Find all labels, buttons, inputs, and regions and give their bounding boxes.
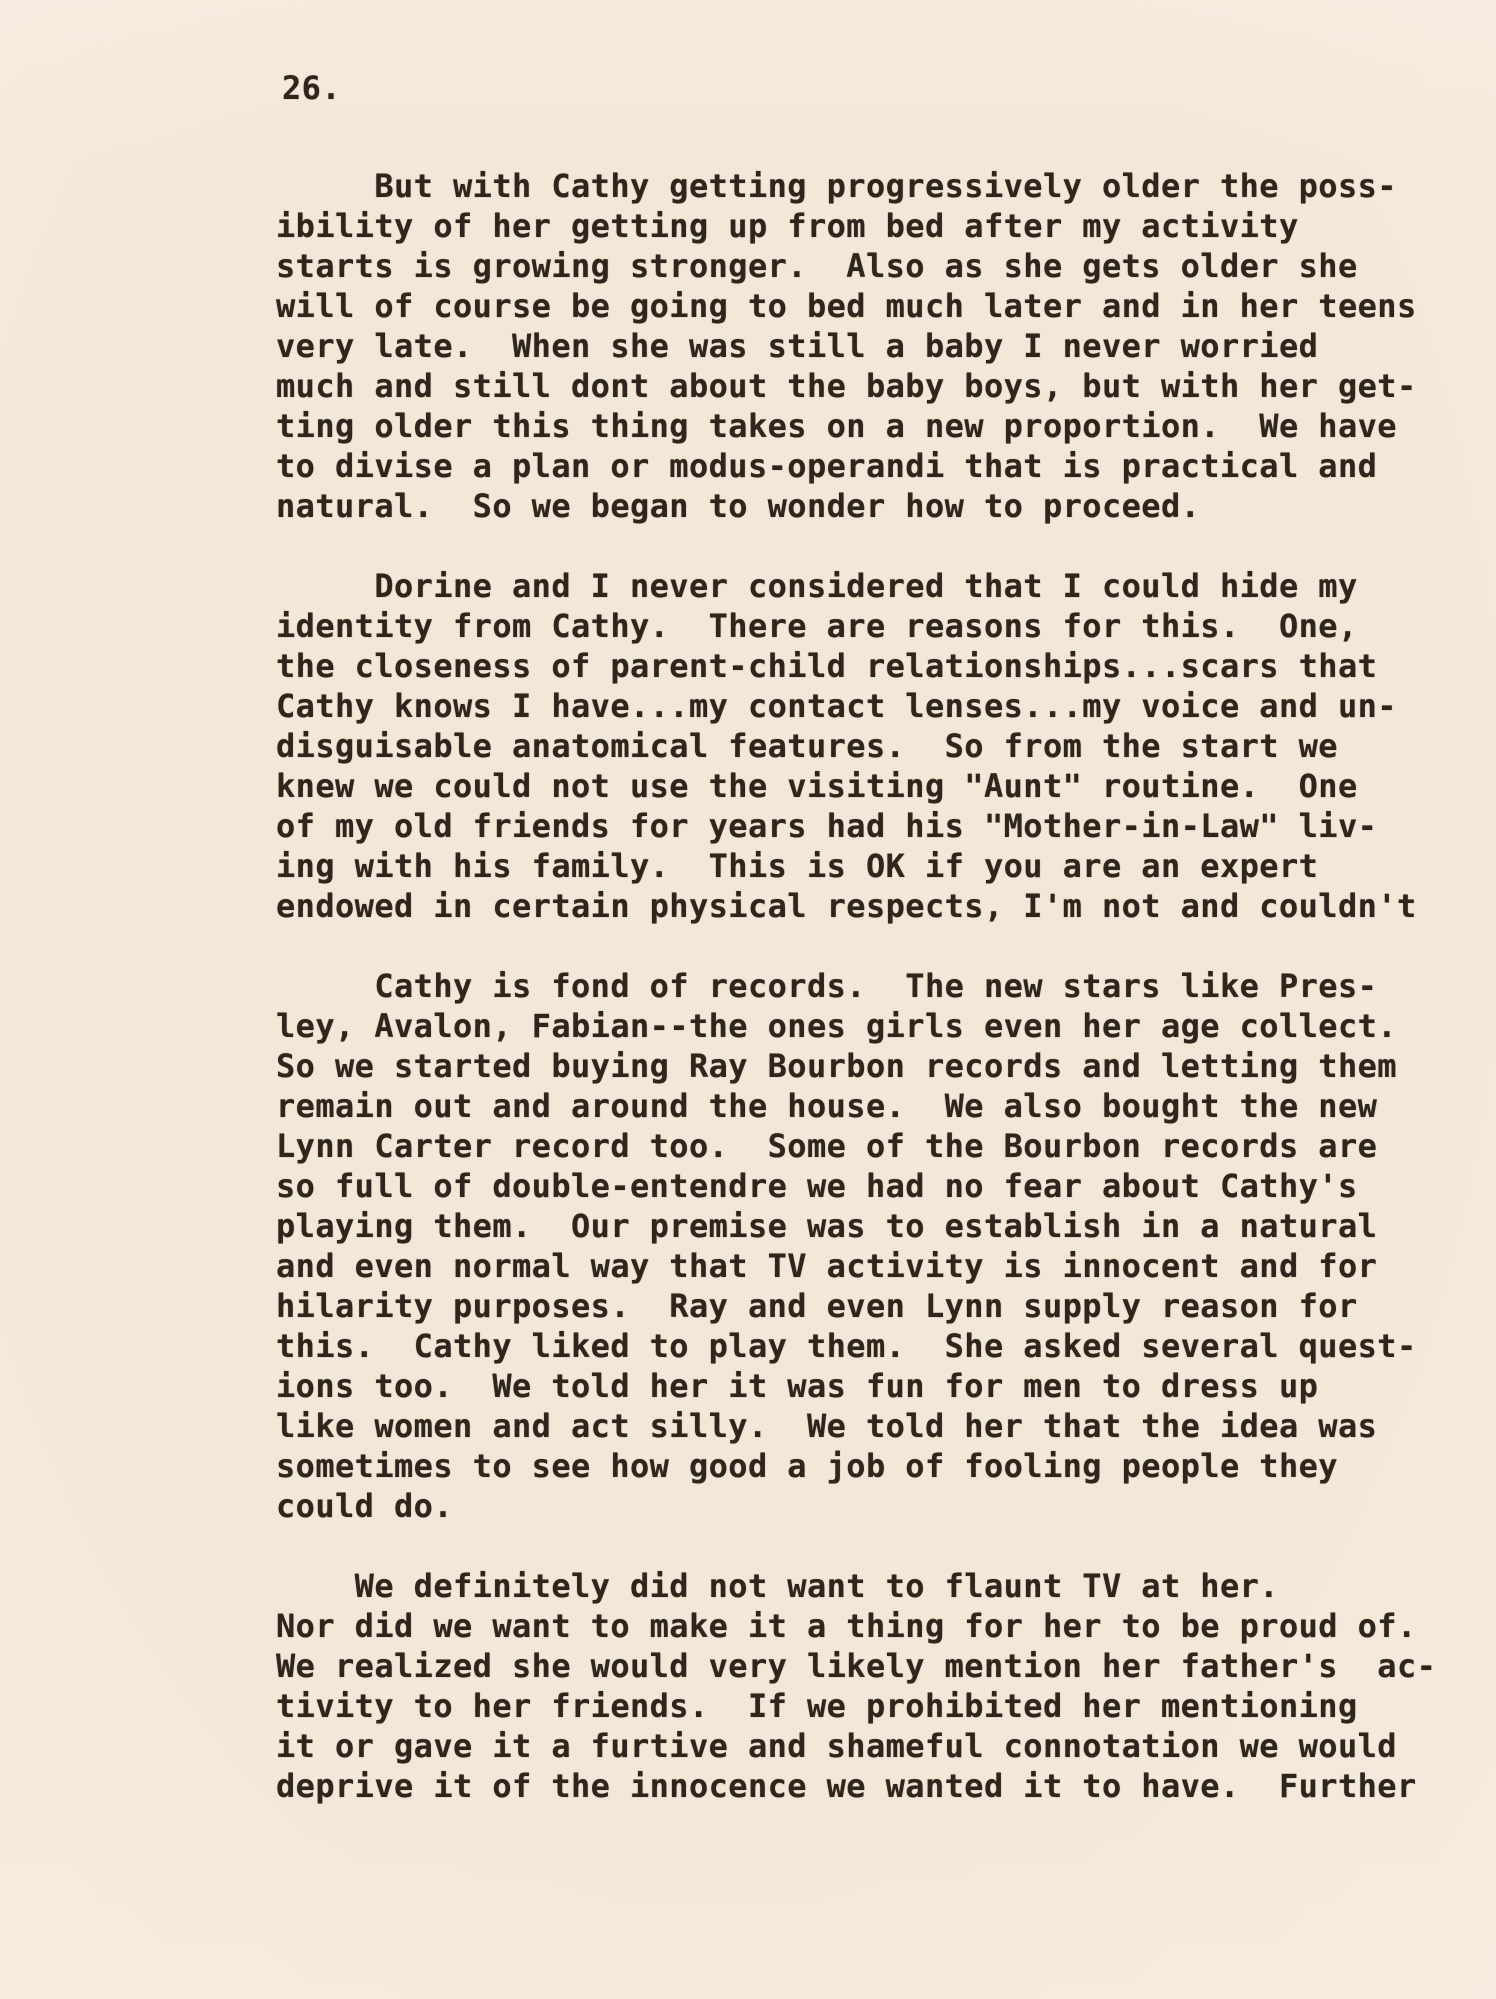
typewritten-page: 26. But with Cathy getting progressively…	[0, 0, 1496, 1999]
text-line: Lynn Carter record too. Some of the Bour…	[276, 1126, 1466, 1166]
text-line: ions too. We told her it was fun for men…	[276, 1366, 1466, 1406]
text-line: will of course be going to bed much late…	[276, 286, 1466, 326]
text-line: endowed in certain physical respects, I'…	[276, 886, 1466, 926]
text-line: playing them. Our premise was to establi…	[276, 1206, 1466, 1246]
page-number: 26.	[282, 68, 341, 108]
text-line: could do.	[276, 1486, 1466, 1526]
text-line: much and still dont about the baby boys,…	[276, 366, 1466, 406]
text-line: ting older this thing takes on a new pro…	[276, 406, 1466, 446]
text-line: it or gave it a furtive and shameful con…	[276, 1726, 1466, 1766]
text-line: very late. When she was still a baby I n…	[276, 326, 1466, 366]
text-line: ing with his family. This is OK if you a…	[276, 846, 1466, 886]
paragraph: But with Cathy getting progressively old…	[276, 166, 1466, 526]
paragraph: Cathy is fond of records. The new stars …	[276, 966, 1466, 1526]
text-line: the closeness of parent-child relationsh…	[276, 646, 1466, 686]
text-line: like women and act silly. We told her th…	[276, 1406, 1466, 1446]
text-line: ley, Avalon, Fabian--the ones girls even…	[276, 1006, 1466, 1046]
paragraph: Dorine and I never considered that I cou…	[276, 566, 1466, 926]
text-line: deprive it of the innocence we wanted it…	[276, 1766, 1466, 1806]
text-line: and even normal way that TV activity is …	[276, 1246, 1466, 1286]
text-line: Nor did we want to make it a thing for h…	[276, 1606, 1466, 1646]
text-line: We definitely did not want to flaunt TV …	[276, 1566, 1466, 1606]
text-line: identity from Cathy. There are reasons f…	[276, 606, 1466, 646]
text-line: disguisable anatomical features. So from…	[276, 726, 1466, 766]
text-line: hilarity purposes. Ray and even Lynn sup…	[276, 1286, 1466, 1326]
text-line: Cathy is fond of records. The new stars …	[276, 966, 1466, 1006]
text-line: to divise a plan or modus-operandi that …	[276, 446, 1466, 486]
text-line: remain out and around the house. We also…	[276, 1086, 1466, 1126]
text-line: natural. So we began to wonder how to pr…	[276, 486, 1466, 526]
paragraph: We definitely did not want to flaunt TV …	[276, 1566, 1466, 1806]
text-line: sometimes to see how good a job of fooli…	[276, 1446, 1466, 1486]
text-line: ibility of her getting up from bed after…	[276, 206, 1466, 246]
text-block: But with Cathy getting progressively old…	[276, 166, 1466, 1846]
text-line: Cathy knows I have...my contact lenses..…	[276, 686, 1466, 726]
text-line: But with Cathy getting progressively old…	[276, 166, 1466, 206]
text-line: Dorine and I never considered that I cou…	[276, 566, 1466, 606]
text-line: this. Cathy liked to play them. She aske…	[276, 1326, 1466, 1366]
text-line: of my old friends for years had his "Mot…	[276, 806, 1466, 846]
text-line: starts is growing stronger. Also as she …	[276, 246, 1466, 286]
text-line: So we started buying Ray Bourbon records…	[276, 1046, 1466, 1086]
text-line: so full of double-entendre we had no fea…	[276, 1166, 1466, 1206]
text-line: tivity to her friends. If we prohibited …	[276, 1686, 1466, 1726]
text-line: knew we could not use the visiting "Aunt…	[276, 766, 1466, 806]
text-line: We realized she would very likely mentio…	[276, 1646, 1466, 1686]
